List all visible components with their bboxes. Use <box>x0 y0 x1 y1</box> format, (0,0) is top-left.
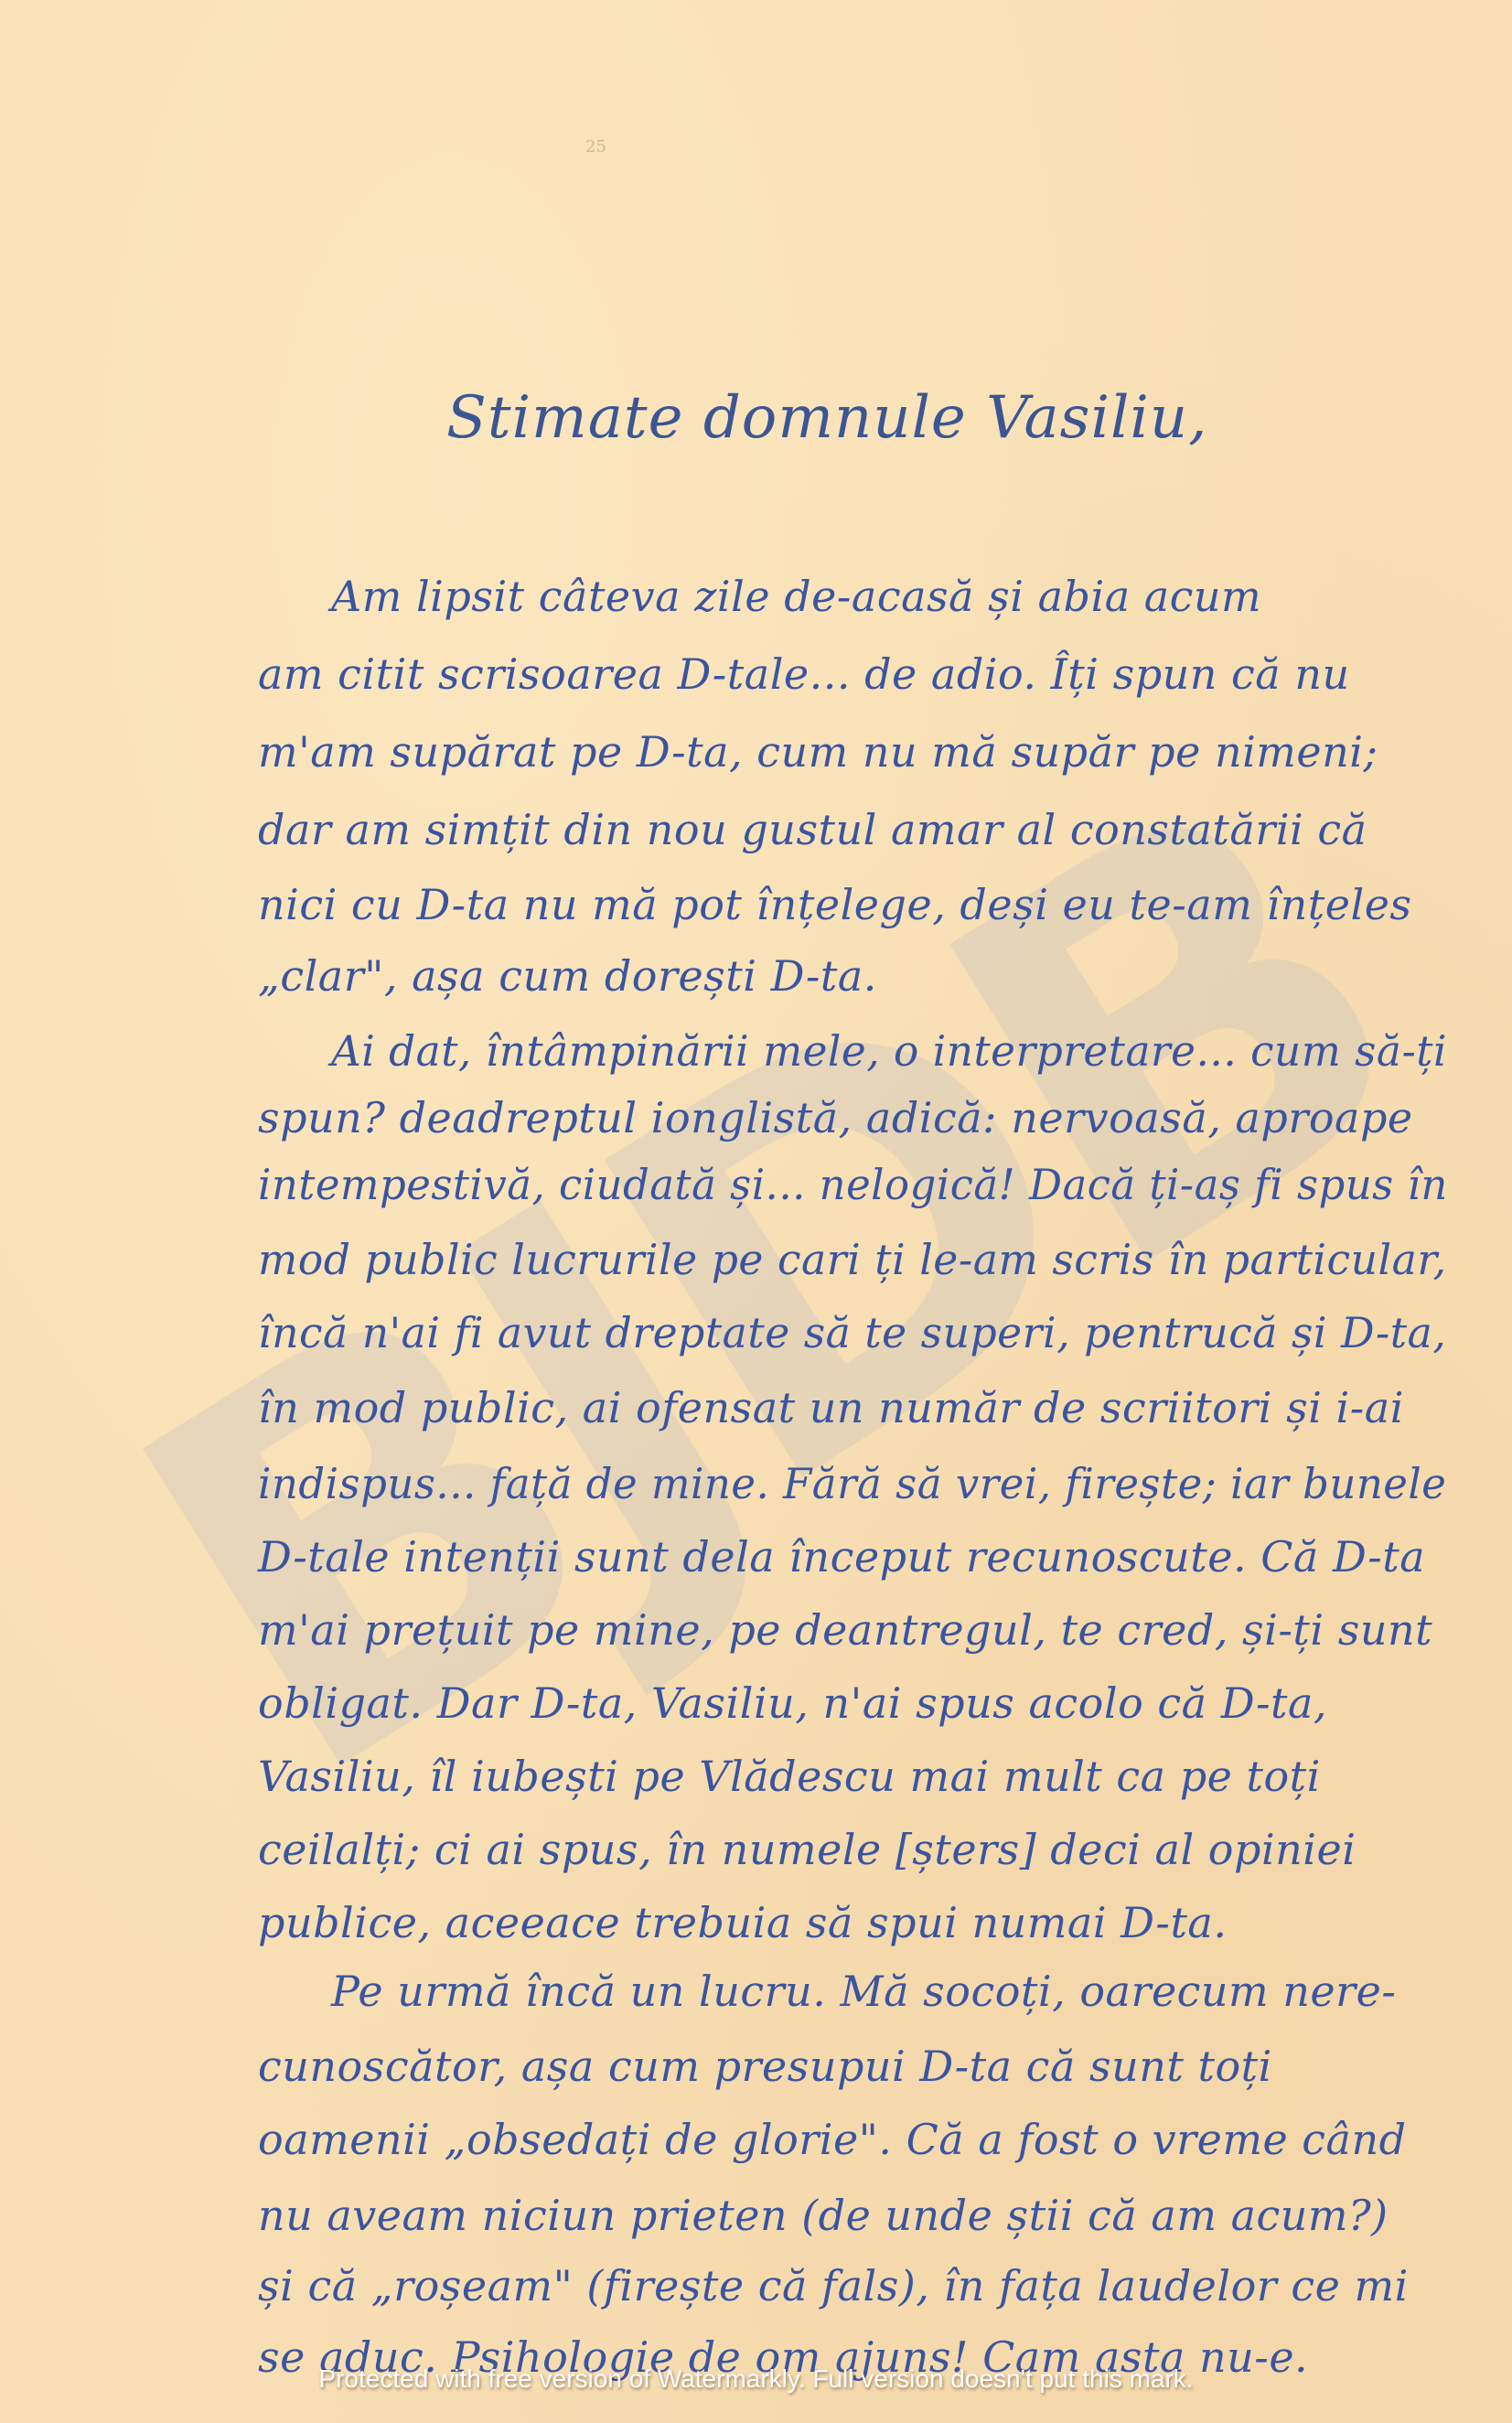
letter-line: nici cu D-ta nu mă pot înțelege, deși eu… <box>258 880 1412 929</box>
letter-line: D-tale intenții sunt dela început recuno… <box>258 1532 1425 1581</box>
letter-line: Vasiliu, îl iubești pe Vlădescu mai mult… <box>258 1752 1321 1801</box>
letter-line: în mod public, ai ofensat un număr de sc… <box>258 1383 1404 1432</box>
page-mark: 25 <box>585 137 606 156</box>
letter-line: publice, aceeace trebuia să spui numai D… <box>258 1898 1227 1947</box>
letter-line: indispus... față de mine. Fără să vrei, … <box>258 1459 1446 1508</box>
letter-line: spun? deadreptul ionglistă, adică: nervo… <box>258 1093 1413 1142</box>
letter-line: oamenii „obsedați de glorie". Că a fost … <box>258 2115 1407 2164</box>
letter-line: ceilalți; ci ai spus, în numele [șters] … <box>258 1825 1356 1874</box>
letter-line: m'am supărat pe D-ta, cum nu mă supăr pe… <box>258 727 1378 777</box>
letter-line: „clar", așa cum dorești D-ta. <box>258 951 877 1001</box>
letter-line: dar am simțit din nou gustul amar al con… <box>258 805 1367 854</box>
letter-line: nu aveam niciun prieten (de unde știi că… <box>258 2191 1389 2240</box>
letter-line: încă n'ai fi avut dreptate să te superi,… <box>258 1308 1446 1357</box>
letter-line: Ai dat, întâmpinării mele, o interpretar… <box>331 1026 1447 1076</box>
letter-line: și că „roșeam" (firește că fals), în faț… <box>258 2261 1409 2310</box>
salutation: Stimate domnule Vasiliu, <box>446 384 1207 452</box>
letter-line: obligat. Dar D-ta, Vasiliu, n'ai spus ac… <box>258 1678 1327 1728</box>
letter-line: Am lipsit câteva zile de-acasă și abia a… <box>331 572 1261 621</box>
letter-line: Pe urmă încă un lucru. Mă socoți, oarecu… <box>331 1967 1396 2016</box>
letter-line: cunoscător, așa cum presupui D-ta că sun… <box>258 2042 1272 2091</box>
letter-line: intempestivă, ciudată și... nelogică! Da… <box>258 1160 1448 1209</box>
letter-line: am citit scrisoarea D-tale... de adio. Î… <box>258 649 1350 699</box>
footer-watermark-text: Protected with free version of Watermark… <box>0 2364 1512 2394</box>
letter-line: mod public lucrurile pe cari ți le-am sc… <box>258 1235 1447 1284</box>
letter-line: m'ai prețuit pe mine, pe deantregul, te … <box>258 1605 1432 1655</box>
